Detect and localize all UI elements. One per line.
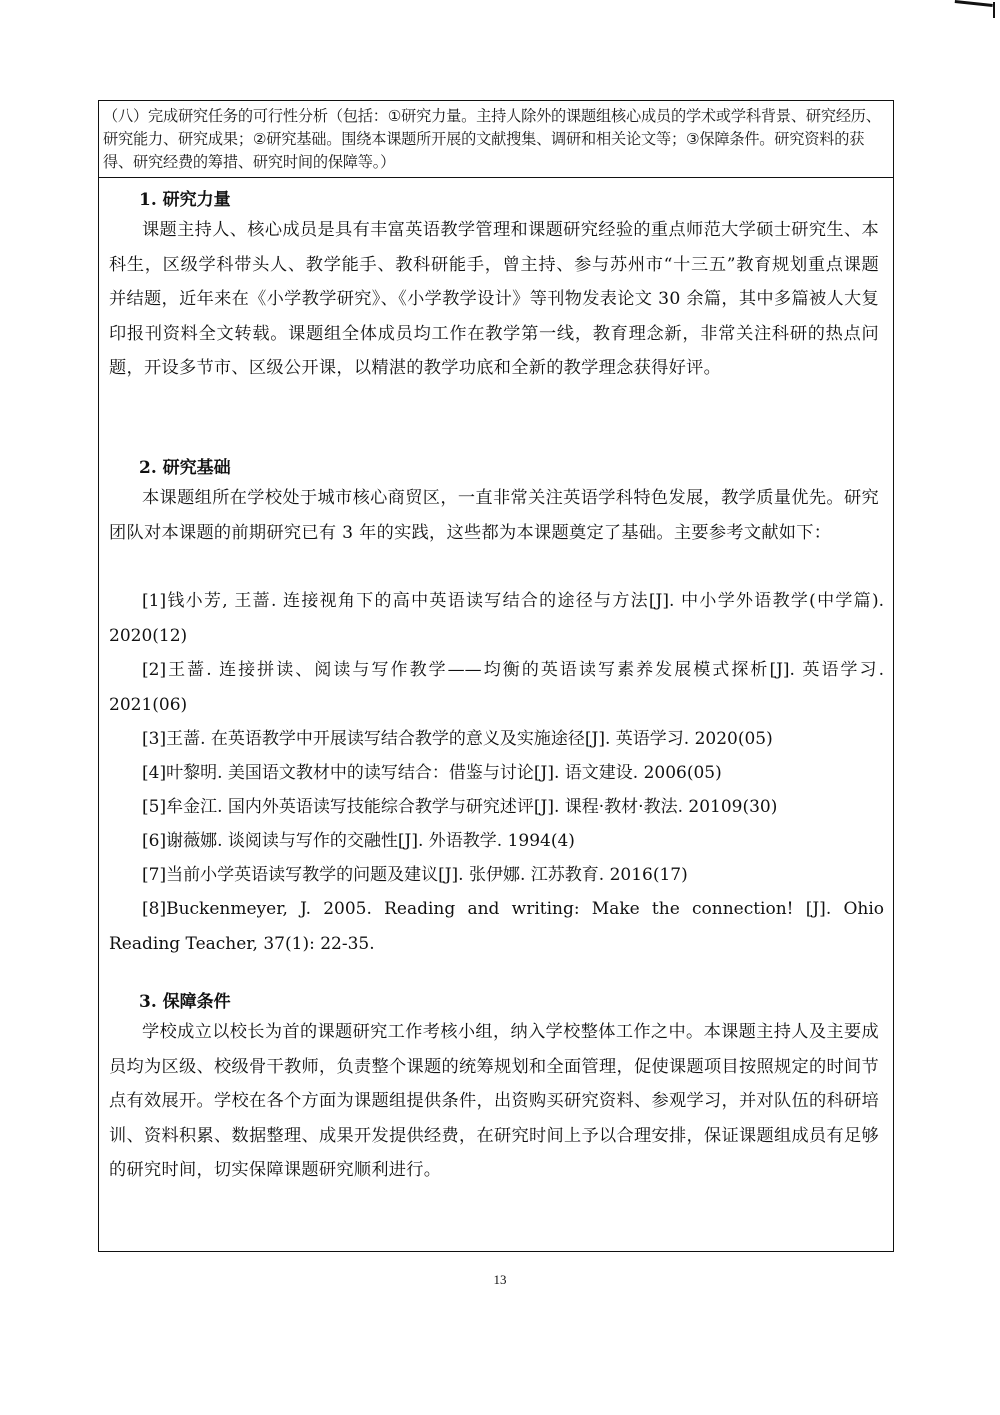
reference-item: [6]谢薇娜. 谈阅读与写作的交融性[J]. 外语教学. 1994(4) xyxy=(109,824,884,859)
section-title-research-foundation: 2. 研究基础 xyxy=(139,453,231,478)
reference-item: [5]牟金江. 国内外英语读写技能综合教学与研究述评[J]. 课程·教材·教法.… xyxy=(109,790,884,825)
reference-item: [4]叶黎明. 美国语文教材中的读写结合：借鉴与讨论[J]. 语文建设. 200… xyxy=(109,756,884,791)
section-paragraph-support-conditions: 学校成立以校长为首的课题研究工作考核小组，纳入学校整体工作之中。本课题主持人及主… xyxy=(109,1015,879,1188)
feasibility-analysis-table: （八）完成研究任务的可行性分析（包括：①研究力量。主持人除外的课题组核心成员的学… xyxy=(98,100,894,1252)
reference-item: [2]王蔷. 连接拼读、阅读与写作教学——均衡的英语读写素养发展模式探析[J].… xyxy=(109,653,884,722)
table-content-cell: 1. 研究力量 课题主持人、核心成员是具有丰富英语教学管理和课题研究经验的重点师… xyxy=(99,179,893,1251)
table-header-cell: （八）完成研究任务的可行性分析（包括：①研究力量。主持人除外的课题组核心成员的学… xyxy=(99,101,893,178)
section-title-support-conditions: 3. 保障条件 xyxy=(139,987,231,1012)
page-number: 13 xyxy=(0,1272,1000,1288)
section-title-research-strength: 1. 研究力量 xyxy=(139,185,231,210)
scan-corner-mark xyxy=(955,0,995,18)
section-paragraph-research-foundation: 本课题组所在学校处于城市核心商贸区，一直非常关注英语学科特色发展，教学质量优先。… xyxy=(109,481,879,550)
reference-item: [8]Buckenmeyer, J. 2005. Reading and wri… xyxy=(109,892,884,961)
section-paragraph-research-strength: 课题主持人、核心成员是具有丰富英语教学管理和课题研究经验的重点师范大学硕士研究生… xyxy=(109,213,879,386)
reference-item: [3]王蔷. 在英语教学中开展读写结合教学的意义及实施途径[J]. 英语学习. … xyxy=(109,722,884,757)
reference-item: [7]当前小学英语读写教学的问题及建议[J]. 张伊娜. 江苏教育. 2016(… xyxy=(109,858,884,893)
reference-item: [1]钱小芳, 王蔷. 连接视角下的高中英语读写结合的途径与方法[J]. 中小学… xyxy=(109,584,884,653)
